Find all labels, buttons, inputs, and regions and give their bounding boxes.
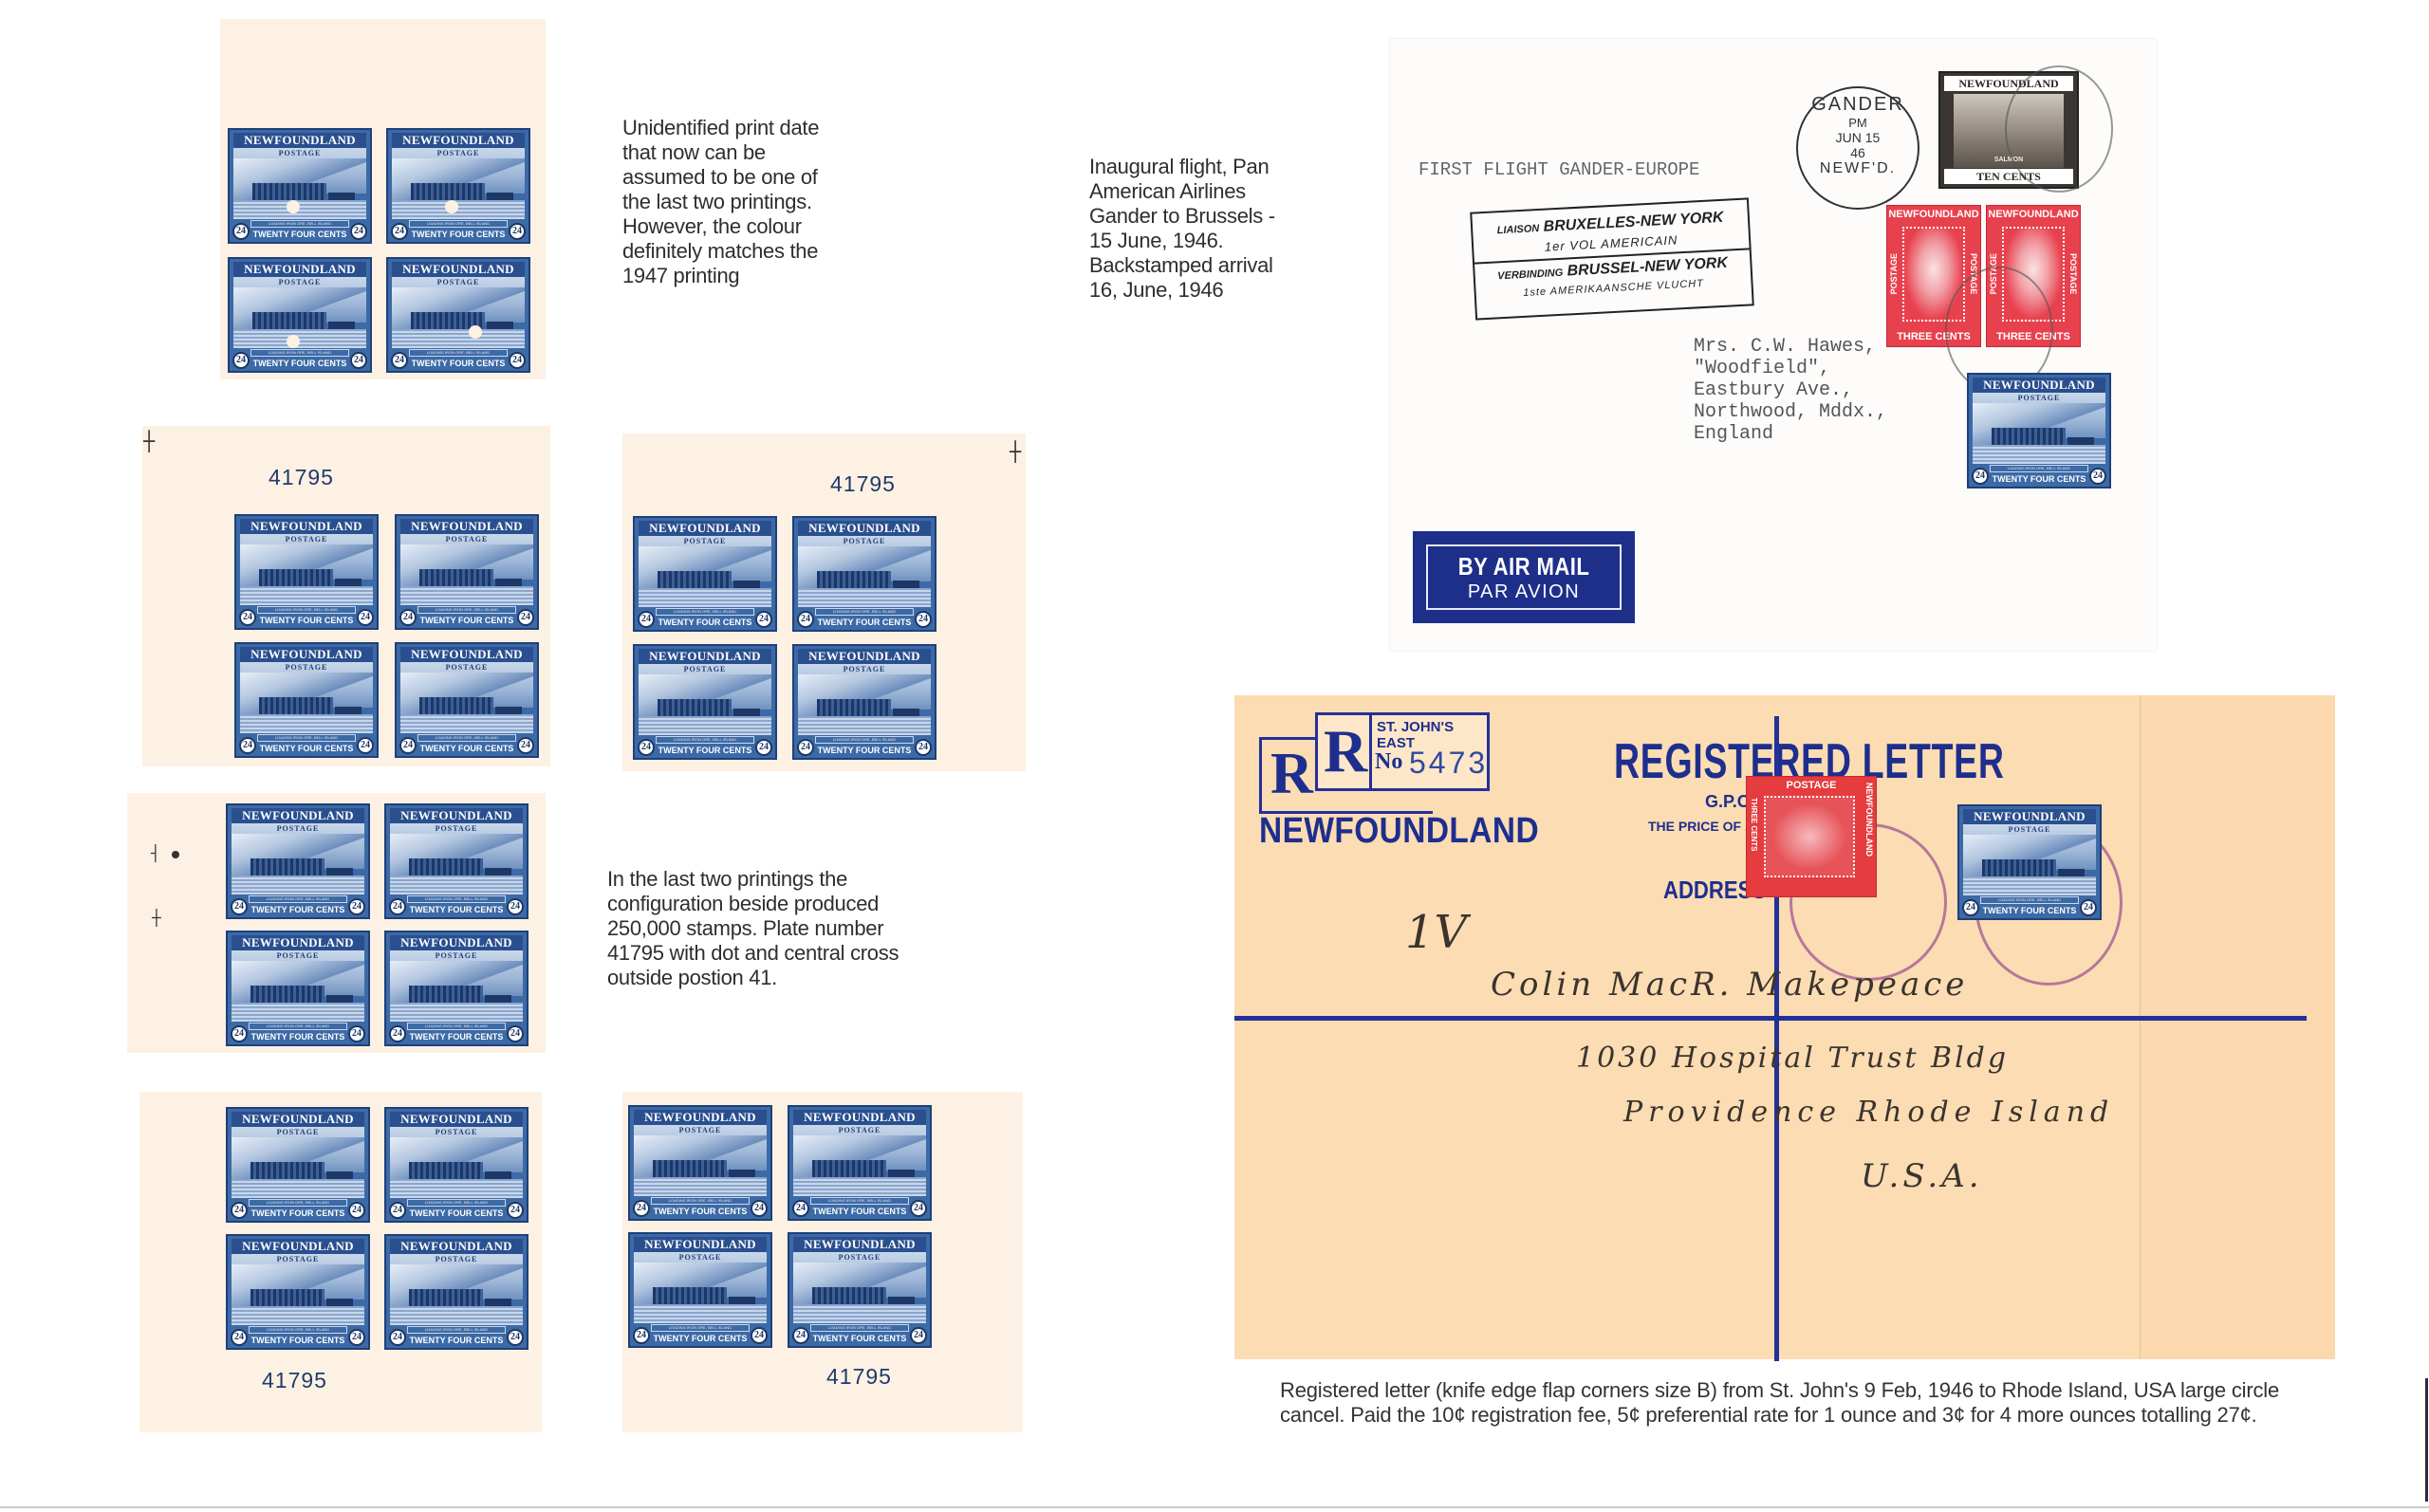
address-line: England	[1694, 423, 1887, 445]
value-numeral: 24	[1972, 468, 1989, 485]
value-numeral: 24	[350, 352, 367, 369]
postmark-date: JUN 15	[1798, 130, 1918, 145]
stamp-postage: POSTAGE	[236, 663, 377, 672]
stamp-24c-bell-island: NEWFOUNDLANDPOSTAGELOADING IRON ORE, BEL…	[628, 1232, 772, 1348]
value-numeral: 24	[348, 1202, 365, 1219]
registration-line-horizontal	[1234, 1016, 2307, 1021]
stamp-scene-caption: LOADING IRON ORE, BELL ISLAND	[407, 1023, 506, 1030]
label-r: R	[1324, 717, 1367, 785]
stamp-side-value: THREE CENTS	[1750, 798, 1758, 851]
address-line: Mrs. C.W. Hawes,	[1694, 336, 1887, 358]
stamp-24c-bell-island: NEWFOUNDLANDPOSTAGELOADING IRON ORE, BEL…	[386, 257, 530, 373]
value-numeral: 24	[755, 611, 772, 628]
caption-registered-letter: Registered letter (knife edge flap corne…	[1280, 1378, 2286, 1428]
stamp-country: NEWFOUNDLAND	[634, 1237, 767, 1252]
stamp-value: TWENTY FOUR CENTS	[630, 1334, 770, 1343]
stamp-country: NEWFOUNDLAND	[392, 133, 525, 148]
value-numeral: 24	[910, 1200, 927, 1217]
value-numeral: 24	[2089, 468, 2106, 485]
stamp-postage: POSTAGE	[794, 537, 935, 545]
stamp-postage: POSTAGE	[1959, 825, 2100, 834]
cachet-prefix: VERBINDING	[1497, 267, 1564, 283]
stamp-scene-caption: LOADING IRON ORE, BELL ISLAND	[417, 606, 516, 614]
value-numeral: 24	[389, 1329, 406, 1346]
stamp-country: NEWFOUNDLAND	[232, 808, 364, 823]
airmail-etiquette: BY AIR MAIL PAR AVION	[1413, 531, 1635, 623]
stamp-24c-bell-island: NEWFOUNDLANDPOSTAGELOADING IRON ORE, BEL…	[228, 257, 372, 373]
value-numeral: 24	[391, 352, 408, 369]
stamp-24c-bell-island: NEWFOUNDLANDPOSTAGELOADING IRON ORE, BEL…	[386, 128, 530, 244]
stamp-scene-caption: LOADING IRON ORE, BELL ISLAND	[417, 734, 516, 742]
value-numeral: 24	[232, 352, 250, 369]
typed-header: FIRST FLIGHT GANDER-EUROPE	[1418, 159, 1699, 180]
stamp-country: NEWFOUNDLAND	[793, 1237, 926, 1252]
value-numeral: 24	[633, 1200, 650, 1217]
stamp-postage: POSTAGE	[388, 149, 528, 157]
stamp-24c-bell-island: NEWFOUNDLANDPOSTAGELOADING IRON ORE, BEL…	[788, 1105, 932, 1221]
stamp-country: NEWFOUNDLAND	[400, 647, 533, 662]
value-numeral: 24	[239, 609, 256, 626]
value-numeral: 24	[232, 223, 250, 240]
stamp-country: NEWFOUNDLAND	[390, 1112, 523, 1127]
value-numeral: 24	[797, 611, 814, 628]
cachet-prefix: LIAISON	[1496, 223, 1539, 236]
stamp-24c-bell-island: NEWFOUNDLANDPOSTAGELOADING IRON ORE, BEL…	[395, 642, 539, 758]
stamp-value: TWENTY FOUR CENTS	[230, 359, 370, 368]
stamp-postage: POSTAGE	[228, 1128, 368, 1136]
central-cross-mark: ┼	[152, 909, 161, 928]
stamp-24c-bell-island: NEWFOUNDLANDPOSTAGELOADING IRON ORE, BEL…	[628, 1105, 772, 1221]
cachet-bruxelles-new-york: LIAISON BRUXELLES-NEW YORK 1er VOL AMERI…	[1470, 197, 1754, 320]
stamp-24c-bell-island: NEWFOUNDLANDPOSTAGELOADING IRON ORE, BEL…	[234, 642, 379, 758]
stamp-country: NEWFOUNDLAND	[390, 808, 523, 823]
stamp-value: TWENTY FOUR CENTS	[397, 744, 537, 753]
address-line: Eastbury Ave.,	[1694, 379, 1887, 401]
stamp-24c-bell-island: NEWFOUNDLANDPOSTAGELOADING IRON ORE, BEL…	[633, 516, 777, 632]
stamp-value: TWENTY FOUR CENTS	[388, 230, 528, 239]
stamp-scene-caption: LOADING IRON ORE, BELL ISLAND	[407, 1326, 506, 1334]
stamp-scene-caption: LOADING IRON ORE, BELL ISLAND	[250, 349, 349, 357]
stamp-3c-postage: POSTAGE NEWFOUNDLAND THREE CENTS	[1746, 776, 1877, 897]
value-numeral: 24	[507, 1025, 524, 1042]
punch-hole	[287, 200, 300, 213]
stamp-postage: POSTAGE	[388, 278, 528, 286]
stamp-postage: POSTAGE	[397, 535, 537, 544]
stamp-country: NEWFOUNDLAND	[1973, 378, 2105, 393]
stamp-scene-caption: LOADING IRON ORE, BELL ISLAND	[249, 1199, 347, 1207]
stamp-country: NEWFOUNDLAND	[233, 133, 366, 148]
value-numeral: 24	[389, 898, 406, 915]
value-numeral: 24	[915, 611, 932, 628]
value-numeral: 24	[348, 898, 365, 915]
stamp-postage: POSTAGE	[230, 149, 370, 157]
note-inaugural-flight: Inaugural flight, Pan American Airlines …	[1089, 155, 1275, 303]
plate-number: 41795	[269, 465, 334, 490]
stamp-value: TWENTY FOUR CENTS	[236, 616, 377, 625]
stamp-scene-caption: LOADING IRON ORE, BELL ISLAND	[249, 1023, 347, 1030]
stamp-scene-caption: LOADING IRON ORE, BELL ISLAND	[409, 349, 508, 357]
stamp-value: TWENTY FOUR CENTS	[386, 905, 527, 914]
stamp-scene-caption: LOADING IRON ORE, BELL ISLAND	[250, 220, 349, 228]
stamp-country: NEWFOUNDLAND	[232, 1239, 364, 1254]
stamp-country: NEWFOUNDLAND	[634, 1110, 767, 1125]
handwritten-street: 1030 Hospital Trust Bldg	[1576, 1042, 2009, 1075]
value-numeral: 24	[915, 739, 932, 756]
postmark-year: 46	[1798, 145, 1918, 160]
value-numeral: 24	[755, 739, 772, 756]
stamp-24c-bell-island: NEWFOUNDLANDPOSTAGELOADING IRON ORE, BEL…	[384, 803, 528, 919]
value-numeral: 24	[399, 609, 417, 626]
stamp-postage: POSTAGE	[630, 1253, 770, 1262]
stamp-value: TWENTY FOUR CENTS	[230, 230, 370, 239]
stamp-scene-caption: LOADING IRON ORE, BELL ISLAND	[1990, 465, 2088, 472]
value-numeral: 24	[348, 1329, 365, 1346]
stamp-value: TWENTY FOUR CENTS	[630, 1207, 770, 1216]
value-numeral: 24	[792, 1200, 809, 1217]
stamp-country: NEWFOUNDLAND	[232, 1112, 364, 1127]
value-numeral: 24	[633, 1327, 650, 1344]
stamp-scene-caption: LOADING IRON ORE, BELL ISLAND	[815, 608, 914, 616]
label-divider	[1369, 715, 1372, 788]
value-numeral: 24	[350, 223, 367, 240]
stamp-scene-caption: LOADING IRON ORE, BELL ISLAND	[257, 734, 356, 742]
registration-cross-mark: ┼	[143, 432, 155, 451]
plate-number: 41795	[830, 471, 896, 497]
stamp-value: TWENTY FOUR CENTS	[386, 1208, 527, 1218]
stamp-24c-bell-island: NEWFOUNDLANDPOSTAGELOADING IRON ORE, BEL…	[395, 514, 539, 630]
stamp-24c-bell-island: NEWFOUNDLANDPOSTAGELOADING IRON ORE, BEL…	[228, 128, 372, 244]
stamp-scene-caption: LOADING IRON ORE, BELL ISLAND	[656, 736, 754, 744]
central-cross-mark: ┤	[151, 844, 160, 863]
stamp-24c-bell-island: NEWFOUNDLANDPOSTAGELOADING IRON ORE, BEL…	[226, 1107, 370, 1223]
stamp-scene-caption: LOADING IRON ORE, BELL ISLAND	[810, 1324, 909, 1332]
stamp-scene-caption: LOADING IRON ORE, BELL ISLAND	[1980, 896, 2079, 904]
value-numeral: 24	[507, 898, 524, 915]
stamp-value: TWENTY FOUR CENTS	[789, 1334, 930, 1343]
stamp-country: NEWFOUNDLAND	[233, 262, 366, 277]
address-line: "Woodfield",	[1694, 358, 1887, 379]
stamp-scene-caption: LOADING IRON ORE, BELL ISLAND	[810, 1197, 909, 1205]
stamp-postage: POSTAGE	[228, 1255, 368, 1263]
handwritten-name: Colin MacR. Makepeace	[1491, 966, 1968, 1004]
plate-number: 41795	[262, 1368, 327, 1393]
stamp-scene-caption: LOADING IRON ORE, BELL ISLAND	[651, 1324, 750, 1332]
stamp-24c-bell-island: NEWFOUNDLANDPOSTAGELOADING IRON ORE, BEL…	[226, 931, 370, 1046]
stamp-scene-caption: LOADING IRON ORE, BELL ISLAND	[409, 220, 508, 228]
stamp-value: TWENTY FOUR CENTS	[236, 744, 377, 753]
stamp-24c-bell-island: NEWFOUNDLANDPOSTAGELOADING IRON ORE, BEL…	[234, 514, 379, 630]
stamp-value: TWENTY FOUR CENTS	[1959, 906, 2100, 915]
stamp-24c-bell-island: NEWFOUNDLANDPOSTAGELOADING IRON ORE, BEL…	[633, 644, 777, 760]
stamp-country: NEWFOUNDLAND	[390, 1239, 523, 1254]
postmark-on-stamp	[2005, 65, 2113, 193]
value-numeral: 24	[389, 1202, 406, 1219]
stamp-value: TWENTY FOUR CENTS	[228, 1208, 368, 1218]
value-numeral: 24	[348, 1025, 365, 1042]
stamp-value: TWENTY FOUR CENTS	[386, 1032, 527, 1042]
address-block: Mrs. C.W. Hawes, "Woodfield", Eastbury A…	[1694, 336, 1887, 445]
value-numeral: 24	[2080, 899, 2097, 916]
queen-portrait	[1764, 796, 1855, 877]
stamp-24c-bell-island: NEWFOUNDLANDPOSTAGELOADING IRON ORE, BEL…	[792, 644, 936, 760]
stamp-country: NEWFOUNDLAND	[1963, 809, 2096, 824]
handwritten-country: U.S.A.	[1861, 1157, 1983, 1195]
stamp-scene-caption: LOADING IRON ORE, BELL ISLAND	[407, 895, 506, 903]
value-numeral: 24	[509, 352, 526, 369]
stamp-scene-caption: LOADING IRON ORE, BELL ISLAND	[815, 736, 914, 744]
stamp-24c-bell-island: NEWFOUNDLANDPOSTAGELOADING IRON ORE, BEL…	[792, 516, 936, 632]
stamp-scene-caption: LOADING IRON ORE, BELL ISLAND	[656, 608, 754, 616]
value-numeral: 24	[638, 739, 655, 756]
stamp-postage: POSTAGE	[386, 951, 527, 960]
stamp-24c-bell-island: NEWFOUNDLANDPOSTAGELOADING IRON ORE, BEL…	[384, 931, 528, 1046]
stamp-postage: POSTAGE	[236, 535, 377, 544]
postmark-town: GANDER	[1798, 94, 1918, 116]
value-numeral: 24	[231, 1202, 248, 1219]
stamp-postage: POSTAGE	[386, 1128, 527, 1136]
stamp-country: NEWFOUNDLAND	[390, 935, 523, 950]
value-numeral: 24	[391, 223, 408, 240]
value-numeral: 24	[751, 1327, 768, 1344]
stamp-24c-bell-island: NEWFOUNDLANDPOSTAGELOADING IRON ORE, BEL…	[226, 803, 370, 919]
value-numeral: 24	[751, 1200, 768, 1217]
stamp-top-label: POSTAGE	[1747, 780, 1876, 791]
stamp-postage: POSTAGE	[397, 663, 537, 672]
stamp-scene-caption: LOADING IRON ORE, BELL ISLAND	[257, 606, 356, 614]
stamp-side-label: POSTAGE	[2068, 253, 2078, 294]
stamp-country: NEWFOUNDLAND	[392, 262, 525, 277]
value-numeral: 24	[231, 1025, 248, 1042]
stamp-value: TWENTY FOUR CENTS	[635, 746, 775, 755]
stamp-value: TWENTY FOUR CENTS	[386, 1336, 527, 1345]
value-numeral: 24	[231, 898, 248, 915]
note-print-date: Unidentified print date that now can be …	[622, 116, 819, 288]
stamp-country: NEWFOUNDLAND	[639, 649, 771, 664]
value-numeral: 24	[509, 223, 526, 240]
plate-number: 41795	[826, 1364, 892, 1390]
stamp-scene-caption: LOADING IRON ORE, BELL ISLAND	[249, 1326, 347, 1334]
stamp-24c-bell-island: NEWFOUNDLANDPOSTAGELOADING IRON ORE, BEL…	[384, 1107, 528, 1223]
stamp-country: NEWFOUNDLAND	[798, 521, 931, 536]
value-numeral: 24	[797, 739, 814, 756]
stamp-24c-bell-island: NEWFOUNDLANDPOSTAGELOADING IRON ORE, BEL…	[226, 1234, 370, 1350]
stamp-country: NEWFOUNDLAND	[793, 1110, 926, 1125]
stamp-postage: POSTAGE	[635, 537, 775, 545]
value-numeral: 24	[239, 737, 256, 754]
stamp-24c-bell-island: NEWFOUNDLANDPOSTAGELOADING IRON ORE, BEL…	[384, 1234, 528, 1350]
postmark-gander: GANDER PM JUN 15 46 NEWF'D.	[1796, 86, 1919, 210]
stamp-postage: POSTAGE	[386, 824, 527, 833]
stamp-postage: POSTAGE	[228, 951, 368, 960]
value-numeral: 24	[638, 611, 655, 628]
registration-label: R ST. JOHN'S EAST No 5473	[1315, 712, 1490, 791]
stamp-postage: POSTAGE	[1969, 394, 2109, 402]
stamp-country: NEWFOUNDLAND	[639, 521, 771, 536]
value-numeral: 24	[792, 1327, 809, 1344]
page-bottom-rule	[0, 1506, 2429, 1508]
punch-hole	[287, 335, 300, 348]
airmail-label-line2: PAR AVION	[1428, 581, 1620, 603]
value-numeral: 24	[507, 1329, 524, 1346]
stamp-value: TWENTY FOUR CENTS	[1969, 474, 2109, 484]
value-numeral: 24	[231, 1329, 248, 1346]
value-numeral: 24	[517, 609, 534, 626]
page-edge-line	[2425, 1378, 2428, 1502]
stamp-value: TWENTY FOUR CENTS	[794, 746, 935, 755]
stamp-side-label: POSTAGE	[1889, 253, 1899, 294]
value-numeral: 24	[389, 1025, 406, 1042]
stamp-country: NEWFOUNDLAND	[400, 519, 533, 534]
value-numeral: 24	[910, 1327, 927, 1344]
postmark-time: PM	[1798, 116, 1918, 130]
registration-cross-mark: ┼	[1010, 442, 1021, 461]
margin-dot	[172, 851, 179, 858]
stamp-value: TWENTY FOUR CENTS	[228, 1336, 368, 1345]
stamp-postage: POSTAGE	[228, 824, 368, 833]
stamp-postage: POSTAGE	[635, 665, 775, 673]
stamp-24c-bell-island: NEWFOUNDLANDPOSTAGELOADING IRON ORE, BEL…	[1957, 804, 2102, 920]
address-line: Northwood, Mddx.,	[1694, 401, 1887, 423]
stamp-postage: POSTAGE	[794, 665, 935, 673]
stamp-value: TWENTY FOUR CENTS	[388, 359, 528, 368]
airmail-label-line1: BY AIR MAIL	[1442, 552, 1605, 581]
handwritten-mark: 1V	[1405, 906, 1467, 959]
printed-r: R	[1270, 741, 1313, 808]
value-numeral: 24	[357, 737, 374, 754]
value-numeral: 24	[507, 1202, 524, 1219]
printed-country: NEWFOUNDLAND	[1259, 811, 1539, 852]
value-numeral: 24	[399, 737, 417, 754]
stamp-scene-caption: LOADING IRON ORE, BELL ISLAND	[407, 1199, 506, 1207]
stamp-country: NEWFOUNDLAND	[232, 935, 364, 950]
note-configuration: In the last two printings the configurat…	[607, 867, 899, 990]
stamp-value: TWENTY FOUR CENTS	[789, 1207, 930, 1216]
handwritten-city: Providence Rhode Island	[1623, 1096, 2114, 1129]
stamp-value: TWENTY FOUR CENTS	[228, 905, 368, 914]
stamp-country: NEWFOUNDLAND	[1887, 209, 1980, 220]
stamp-country: NEWFOUNDLAND	[240, 519, 373, 534]
stamp-postage: POSTAGE	[789, 1126, 930, 1134]
stamp-country: NEWFOUNDLAND	[798, 649, 931, 664]
stamp-24c-bell-island: NEWFOUNDLANDPOSTAGELOADING IRON ORE, BEL…	[788, 1232, 932, 1348]
stamp-24c-bell-island: NEWFOUNDLANDPOSTAGELOADING IRON ORE, BEL…	[1967, 373, 2111, 489]
stamp-value: TWENTY FOUR CENTS	[228, 1032, 368, 1042]
registered-cover: R R ST. JOHN'S EAST No 5473 NEWFOUNDLAND…	[1234, 695, 2334, 1359]
envelope-flap	[2140, 695, 2335, 1359]
value-numeral: 24	[1962, 899, 1979, 916]
label-no: No	[1375, 749, 1402, 775]
stamp-postage: POSTAGE	[230, 278, 370, 286]
punch-hole	[445, 200, 458, 213]
stamp-scene-caption: LOADING IRON ORE, BELL ISLAND	[249, 895, 347, 903]
stamp-postage: POSTAGE	[789, 1253, 930, 1262]
stamp-country: NEWFOUNDLAND	[1987, 209, 2080, 220]
stamp-postage: POSTAGE	[630, 1126, 770, 1134]
value-numeral: 24	[517, 737, 534, 754]
punch-hole	[469, 325, 482, 339]
stamp-value: TWENTY FOUR CENTS	[635, 618, 775, 627]
stamp-postage: POSTAGE	[386, 1255, 527, 1263]
stamp-country: NEWFOUNDLAND	[240, 647, 373, 662]
value-numeral: 24	[357, 609, 374, 626]
stamp-value: TWENTY FOUR CENTS	[397, 616, 537, 625]
stamp-scene-caption: LOADING IRON ORE, BELL ISLAND	[651, 1197, 750, 1205]
stamp-value: TWENTY FOUR CENTS	[794, 618, 935, 627]
label-number: 5473	[1409, 746, 1488, 781]
postmark-region: NEWF'D.	[1798, 160, 1918, 177]
stamp-side-country: NEWFOUNDLAND	[1864, 783, 1874, 857]
